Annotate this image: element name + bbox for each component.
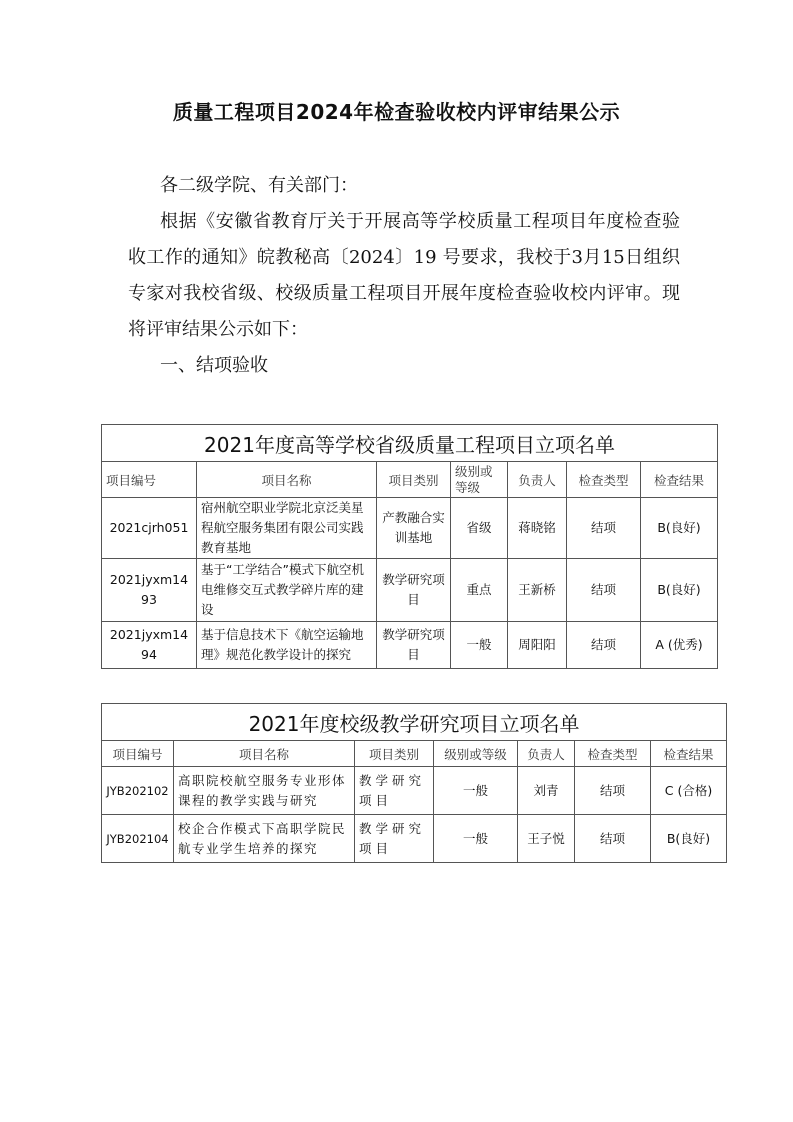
cell-level: 重点 [451,559,508,622]
cell-name: 基于信息技术下《航空运输地理》规范化教学设计的探究 [197,622,377,669]
col-header-result: 检查结果 [641,462,718,498]
provincial-projects-table: 2021年度高等学校省级质量工程项目立项名单 项目编号 项目名称 项目类别 级别… [101,424,718,669]
body-paragraph: 根据《安徽省教育厅关于开展高等学校质量工程项目年度检查验收工作的通知》皖教秘高〔… [128,204,680,348]
cell-type: 结项 [567,622,641,669]
cell-type: 结项 [567,498,641,559]
cell-result: B(良好) [641,498,718,559]
cell-id: 2021jyxm1494 [102,622,197,669]
cell-category: 教学研究项目 [355,815,434,863]
cell-name: 宿州航空职业学院北京泛美星程航空服务集团有限公司实践教育基地 [197,498,377,559]
cell-name: 校企合作模式下高职学院民航专业学生培养的探究 [174,815,355,863]
cell-name: 高职院校航空服务专业形体课程的教学实践与研究 [174,767,355,815]
table-row: 2021cjrh051 宿州航空职业学院北京泛美星程航空服务集团有限公司实践教育… [102,498,718,559]
cell-type: 结项 [567,559,641,622]
cell-type: 结项 [575,767,651,815]
cell-level: 一般 [451,622,508,669]
table-row: 2021jyxm1494 基于信息技术下《航空运输地理》规范化教学设计的探究 教… [102,622,718,669]
cell-category: 教学研究项目 [355,767,434,815]
col-header-category: 项目类别 [355,741,434,767]
col-header-result: 检查结果 [651,741,727,767]
cell-type: 结项 [575,815,651,863]
cell-leader: 王子悦 [518,815,575,863]
cell-id: 2021jyxm1493 [102,559,197,622]
table-title: 2021年度高等学校省级质量工程项目立项名单 [102,425,718,462]
col-header-leader: 负责人 [508,462,567,498]
cell-level: 省级 [451,498,508,559]
cell-level: 一般 [434,767,518,815]
table-header-row: 项目编号 项目名称 项目类别 级别或等级 负责人 检查类型 检查结果 [102,462,718,498]
cell-name: 基于“工学结合”模式下航空机电维修交互式教学碎片库的建设 [197,559,377,622]
table-row: 2021jyxm1493 基于“工学结合”模式下航空机电维修交互式教学碎片库的建… [102,559,718,622]
cell-leader: 刘青 [518,767,575,815]
col-header-leader: 负责人 [518,741,575,767]
cell-result: B(良好) [651,815,727,863]
cell-id: 2021cjrh051 [102,498,197,559]
cell-leader: 蒋晓铭 [508,498,567,559]
cell-leader: 周阳阳 [508,622,567,669]
col-header-category: 项目类别 [377,462,451,498]
cell-level: 一般 [434,815,518,863]
col-header-level: 级别或等级 [434,741,518,767]
cell-leader: 王新桥 [508,559,567,622]
table-row: JYB202102 高职院校航空服务专业形体课程的教学实践与研究 教学研究项目 … [102,767,727,815]
cell-result: C (合格) [651,767,727,815]
cell-category: 产教融合实训基地 [377,498,451,559]
col-header-id: 项目编号 [102,462,197,498]
cell-result: B(良好) [641,559,718,622]
table-row: JYB202104 校企合作模式下高职学院民航专业学生培养的探究 教学研究项目 … [102,815,727,863]
col-header-type: 检查类型 [567,462,641,498]
cell-category: 教学研究项目 [377,622,451,669]
col-header-id: 项目编号 [102,741,174,767]
cell-result: A (优秀) [641,622,718,669]
addressee: 各二级学院、有关部门： [160,168,716,204]
cell-id: JYB202102 [102,767,174,815]
page-title: 质量工程项目2024年检查验收校内评审结果公示 [0,96,793,125]
col-header-name: 项目名称 [174,741,355,767]
section-heading: 一、结项验收 [160,348,716,384]
school-projects-table: 2021年度校级教学研究项目立项名单 项目编号 项目名称 项目类别 级别或等级 … [101,703,727,863]
col-header-type: 检查类型 [575,741,651,767]
col-header-name: 项目名称 [197,462,377,498]
cell-category: 教学研究项目 [377,559,451,622]
table-header-row: 项目编号 项目名称 项目类别 级别或等级 负责人 检查类型 检查结果 [102,741,727,767]
col-header-level: 级别或等级 [451,462,508,498]
table-title: 2021年度校级教学研究项目立项名单 [102,704,727,741]
cell-id: JYB202104 [102,815,174,863]
